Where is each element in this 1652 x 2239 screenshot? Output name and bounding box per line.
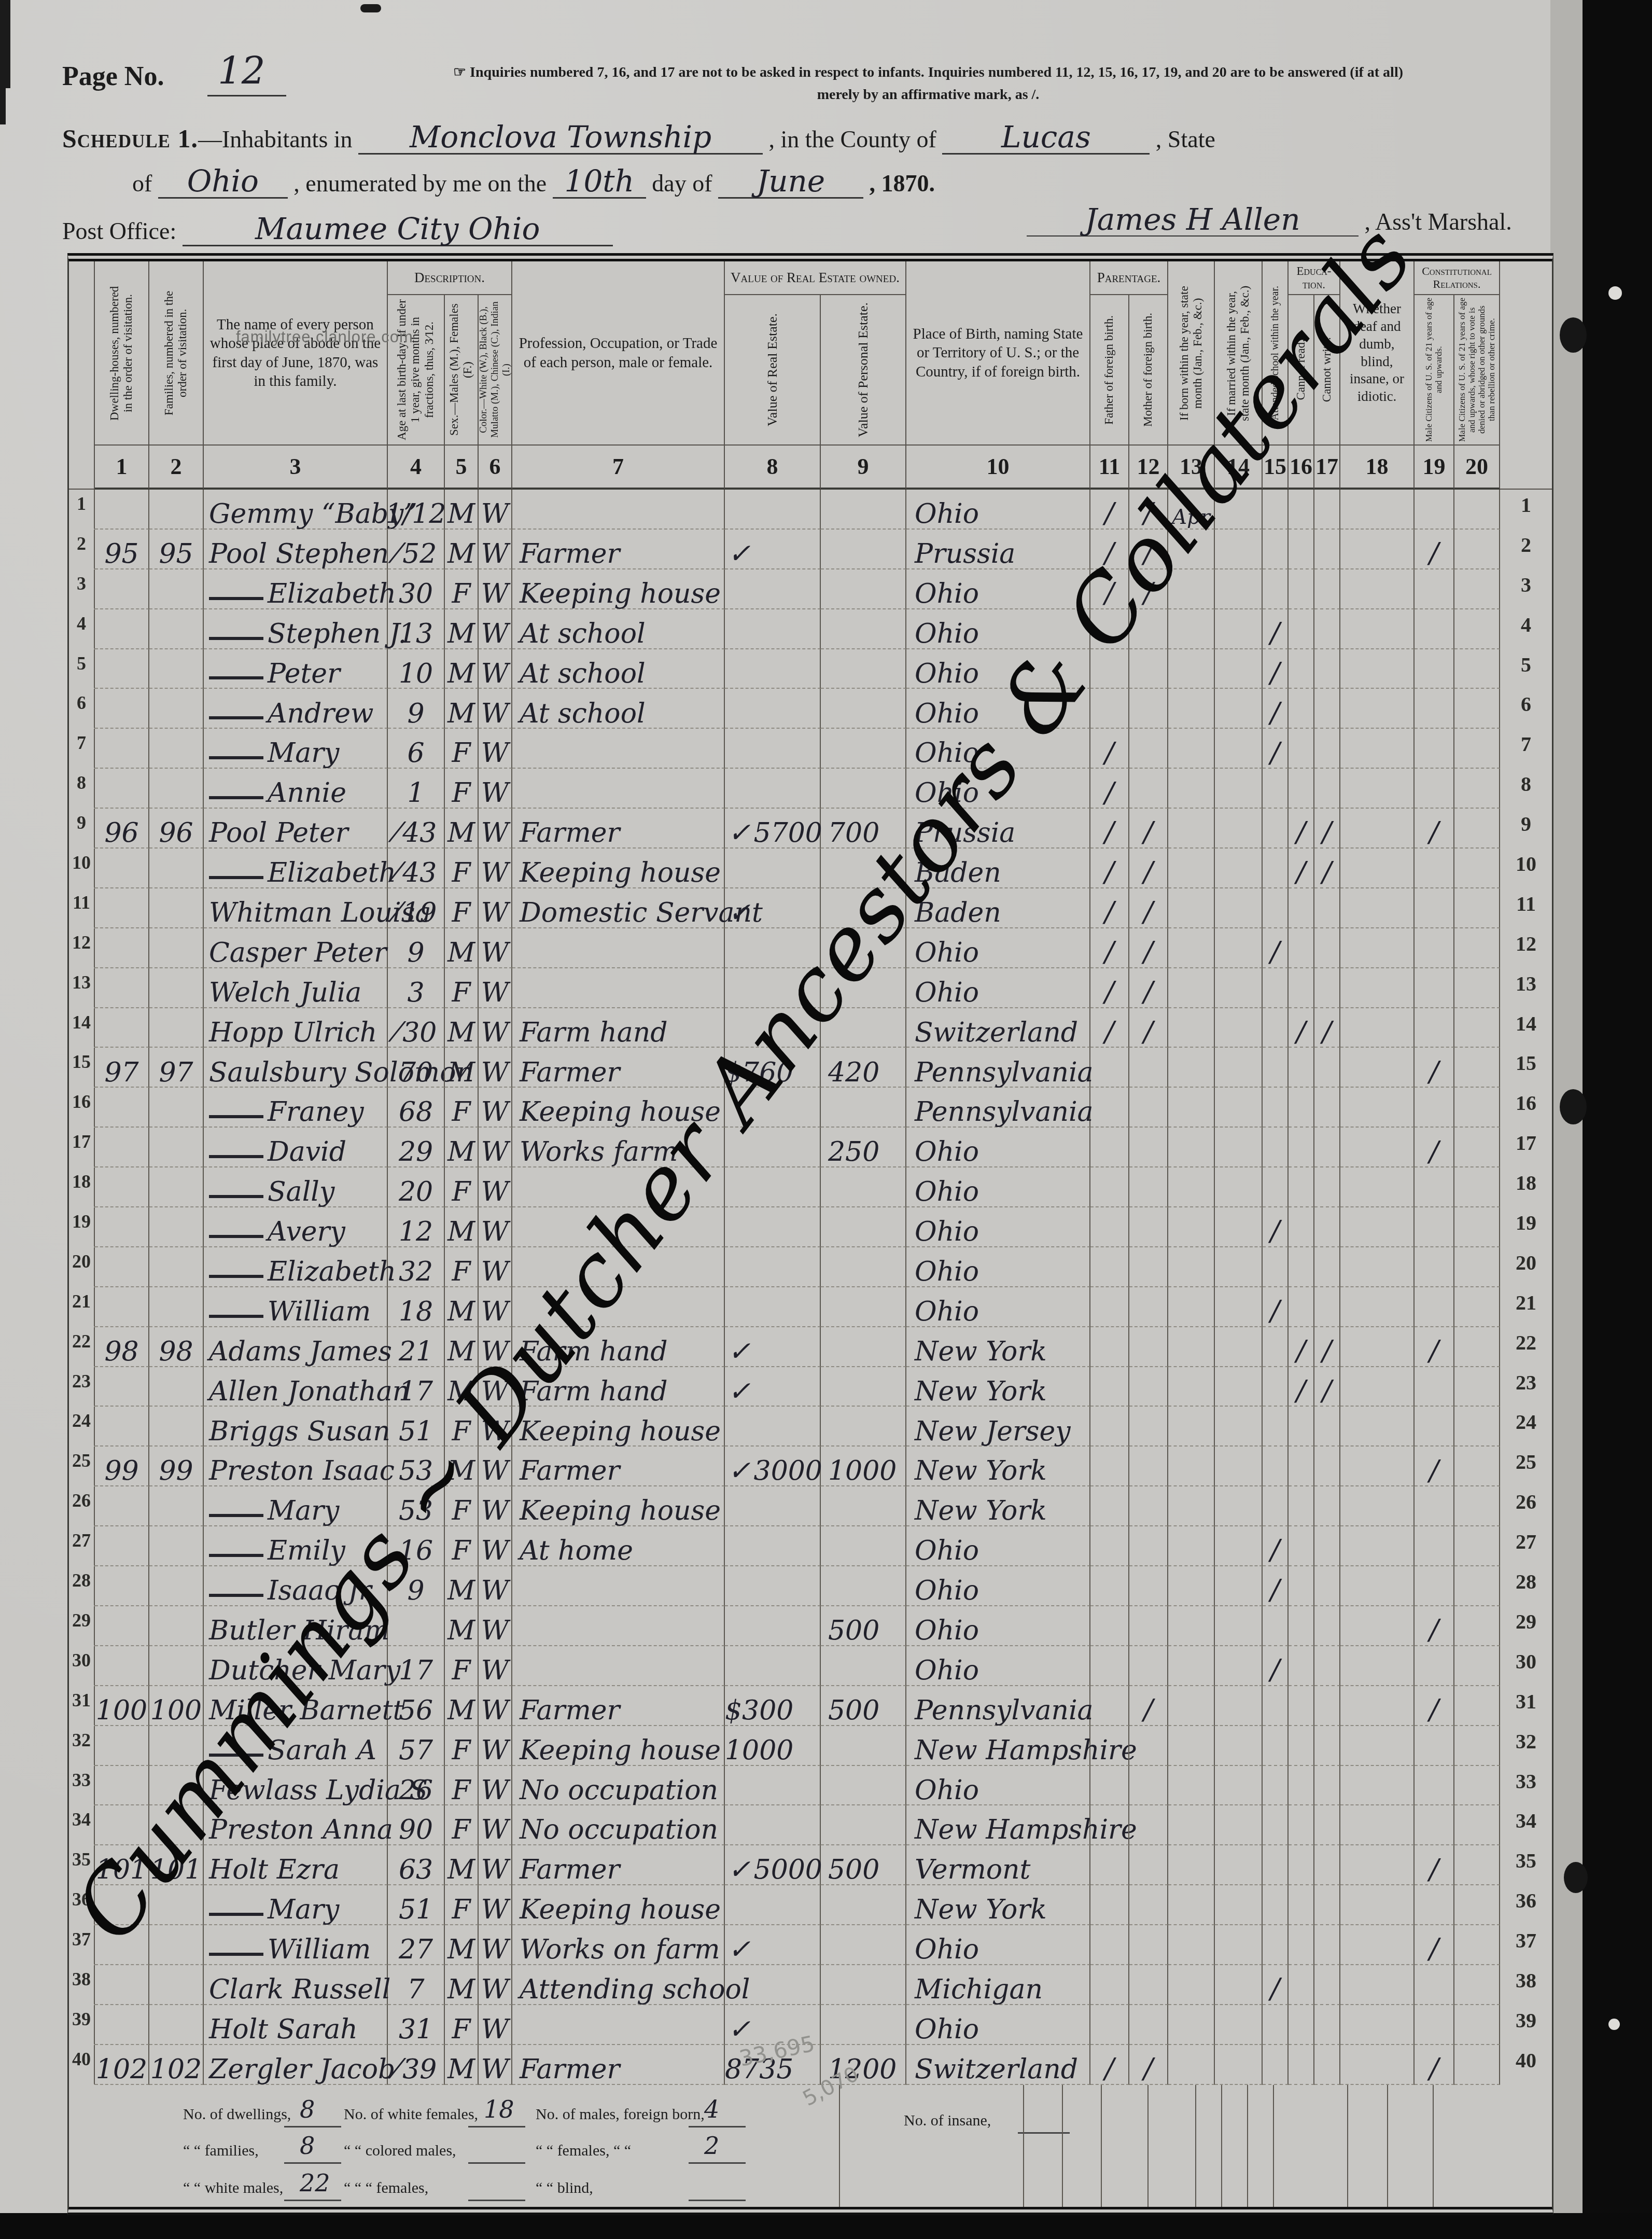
line-number-left-11: 11: [69, 888, 95, 928]
row-12-mark-15: /: [1263, 928, 1289, 968]
row-27-mark-12: [1129, 1526, 1168, 1566]
row-1-real-estate: [725, 490, 821, 530]
post-office-label: Post Office:: [62, 218, 176, 244]
row-17-mark-18: [1340, 1128, 1415, 1167]
row-20-personal-estate: [821, 1247, 906, 1287]
row-6-real-estate: [725, 689, 821, 729]
row-20-color: W: [479, 1247, 512, 1287]
row-36-personal-estate: [821, 1885, 906, 1925]
row-32-occupation: Keeping house: [512, 1726, 725, 1766]
row-13-mark-18: [1340, 968, 1415, 1008]
row-34-color: W: [479, 1805, 512, 1845]
row-29-mark-16: [1289, 1606, 1314, 1646]
row-40-mark-19: /: [1415, 2045, 1454, 2085]
row-33-mark-13: [1168, 1766, 1215, 1806]
row-40-mark-13: [1168, 2045, 1215, 2085]
row-1-age: 1/12: [388, 490, 445, 530]
row-21-mark-19: [1415, 1287, 1454, 1327]
row-6-mark-12: [1129, 689, 1168, 729]
row-16-color: W: [479, 1088, 512, 1128]
row-3-mark-16: [1289, 569, 1314, 609]
row-18-sex: F: [445, 1167, 479, 1207]
row-26-occupation: Keeping house: [512, 1486, 725, 1526]
row-16-personal-estate: [821, 1088, 906, 1128]
footer-value-0-0: 8: [300, 2095, 315, 2123]
row-29-mark-13: [1168, 1606, 1215, 1646]
row-24-mark-12: [1129, 1407, 1168, 1447]
footer-blank-line: [689, 2125, 746, 2127]
scan-speck: [0, 0, 10, 88]
row-15-color: W: [479, 1048, 512, 1088]
col-title-8: Value of Real Estate.: [765, 313, 780, 426]
col-number-17: 17: [1314, 446, 1340, 490]
row-13-mark-16: [1289, 968, 1314, 1008]
enumerated-label: , enumerated by me on the: [293, 170, 547, 197]
row-36-mark-20: [1454, 1885, 1500, 1925]
row-15-name: Saulsbury Solomon: [204, 1048, 388, 1088]
row-8-dwelling: [95, 769, 149, 809]
row-39-mark-15: [1263, 2005, 1289, 2045]
row-40-mark-17: [1314, 2045, 1340, 2085]
row-39-sex: F: [445, 2005, 479, 2045]
line-number-right-30: 30: [1500, 1646, 1552, 1686]
row-12-mark-19: [1415, 928, 1454, 968]
row-4-mark-13: [1168, 609, 1215, 649]
row-27-family: [149, 1526, 204, 1566]
row-38-family: [149, 1965, 204, 2005]
row-3-name: Elizabeth: [204, 569, 388, 609]
line-number-right-38: 38: [1500, 1965, 1552, 2005]
row-39-mark-11: [1090, 2005, 1129, 2045]
row-30-mark-16: [1289, 1646, 1314, 1686]
row-30-mark-11: [1090, 1646, 1129, 1686]
row-32-color: W: [479, 1726, 512, 1766]
row-16-name: Franey: [204, 1088, 388, 1128]
row-1-name: Gemmy “Baby”: [204, 490, 388, 530]
row-13-dwelling: [95, 968, 149, 1008]
line-number-right-19: 19: [1500, 1207, 1552, 1247]
line-number-right-20: 20: [1500, 1247, 1552, 1287]
row-30-mark-13: [1168, 1646, 1215, 1686]
row-37-personal-estate: [821, 1925, 906, 1965]
row-10-family: [149, 849, 204, 888]
row-11-occupation: Domestic Servant: [512, 888, 725, 928]
county-value: Lucas: [1001, 119, 1091, 155]
row-21-dwelling: [95, 1287, 149, 1327]
row-24-mark-11: [1090, 1407, 1129, 1447]
census-table: Dwelling-houses, numbered in the order o…: [67, 253, 1553, 2215]
row-12-occupation: [512, 928, 725, 968]
row-10-dwelling: [95, 849, 149, 888]
row-5-name: Peter: [204, 649, 388, 689]
row-3-mark-15: [1263, 569, 1289, 609]
row-3-sex: F: [445, 569, 479, 609]
row-9-mark-15: [1263, 809, 1289, 849]
footer-column-rule: [1273, 2085, 1274, 2207]
row-18-birthplace: Ohio: [906, 1167, 1090, 1207]
line-number-right-7: 7: [1500, 729, 1552, 769]
row-25-mark-17: [1314, 1447, 1340, 1486]
row-30-personal-estate: [821, 1646, 906, 1686]
row-29-color: W: [479, 1606, 512, 1646]
line-number-left-10: 10: [69, 849, 95, 888]
row-34-mark-20: [1454, 1805, 1500, 1845]
row-40-mark-14: [1215, 2045, 1263, 2085]
row-38-personal-estate: [821, 1965, 906, 2005]
footer-blank-line: [284, 2199, 341, 2201]
row-17-family: [149, 1128, 204, 1167]
row-39-mark-12: [1129, 2005, 1168, 2045]
col-number-2: 2: [149, 446, 204, 490]
row-32-sex: F: [445, 1726, 479, 1766]
row-20-mark-15: [1263, 1247, 1289, 1287]
row-16-mark-19: [1415, 1088, 1454, 1128]
row-27-mark-16: [1289, 1526, 1314, 1566]
col-header-dwellings: Dwelling-houses, numbered in the order o…: [95, 261, 149, 446]
row-7-mark-18: [1340, 729, 1415, 769]
row-9-mark-20: [1454, 809, 1500, 849]
ditto-dash: [209, 756, 263, 759]
line-number-left-21: 21: [69, 1287, 95, 1327]
row-17-mark-17: [1314, 1128, 1340, 1167]
row-2-sex: M: [445, 530, 479, 569]
state-tail: , State: [1156, 126, 1215, 152]
row-21-birthplace: Ohio: [906, 1287, 1090, 1327]
row-12-family: [149, 928, 204, 968]
row-34-mark-14: [1215, 1805, 1263, 1845]
row-33-mark-12: [1129, 1766, 1168, 1806]
row-26-mark-11: [1090, 1486, 1129, 1526]
row-27-mark-15: /: [1263, 1526, 1289, 1566]
row-3-dwelling: [95, 569, 149, 609]
row-39-mark-19: [1415, 2005, 1454, 2045]
row-31-mark-19: /: [1415, 1686, 1454, 1726]
row-29-occupation: [512, 1606, 725, 1646]
row-28-real-estate: [725, 1566, 821, 1606]
row-34-mark-15: [1263, 1805, 1289, 1845]
row-14-mark-19: [1415, 1008, 1454, 1048]
row-31-sex: M: [445, 1686, 479, 1726]
row-1-mark-20: [1454, 490, 1500, 530]
row-39-dwelling: [95, 2005, 149, 2045]
row-4-occupation: At school: [512, 609, 725, 649]
row-5-mark-20: [1454, 649, 1500, 689]
row-22-mark-20: [1454, 1327, 1500, 1367]
row-10-occupation: Keeping house: [512, 849, 725, 888]
row-14-sex: M: [445, 1008, 479, 1048]
row-9-mark-16: /: [1289, 809, 1314, 849]
row-19-age: 12: [388, 1207, 445, 1247]
row-23-personal-estate: [821, 1367, 906, 1407]
line-number-left-14: 14: [69, 1008, 95, 1048]
row-38-mark-19: [1415, 1965, 1454, 2005]
line-number-left-30: 30: [69, 1646, 95, 1686]
row-13-mark-13: [1168, 968, 1215, 1008]
row-14-mark-12: /: [1129, 1008, 1168, 1048]
row-32-age: 57: [388, 1726, 445, 1766]
row-25-mark-19: /: [1415, 1447, 1454, 1486]
row-4-name: Stephen J.: [204, 609, 388, 649]
row-6-color: W: [479, 689, 512, 729]
marshal-signature: James H Allen: [1085, 202, 1300, 237]
row-3-mark-19: [1415, 569, 1454, 609]
row-18-family: [149, 1167, 204, 1207]
row-26-mark-15: [1263, 1486, 1289, 1526]
row-36-mark-19: [1415, 1885, 1454, 1925]
row-8-real-estate: [725, 769, 821, 809]
row-22-mark-16: /: [1289, 1327, 1314, 1367]
row-28-mark-11: [1090, 1566, 1129, 1606]
row-31-mark-17: [1314, 1686, 1340, 1726]
row-28-mark-17: [1314, 1566, 1340, 1606]
row-26-real-estate: [725, 1486, 821, 1526]
row-20-mark-17: [1314, 1247, 1340, 1287]
row-25-mark-11: [1090, 1447, 1129, 1486]
line-number-right-23: 23: [1500, 1367, 1552, 1407]
col-number-10: 10: [906, 446, 1090, 490]
row-15-mark-17: [1314, 1048, 1340, 1088]
row-20-mark-18: [1340, 1247, 1415, 1287]
row-15-mark-18: [1340, 1048, 1415, 1088]
row-21-name: William: [204, 1287, 388, 1327]
row-35-occupation: Farmer: [512, 1845, 725, 1885]
line-number-right-29: 29: [1500, 1606, 1552, 1646]
row-12-birthplace: Ohio: [906, 928, 1090, 968]
year-label: , 1870.: [870, 170, 935, 197]
row-18-color: W: [479, 1167, 512, 1207]
row-18-name: Sally: [204, 1167, 388, 1207]
footer-label-0-1: No. of white females,: [344, 2106, 478, 2123]
row-4-mark-17: [1314, 609, 1340, 649]
row-10-mark-17: /: [1314, 849, 1340, 888]
row-10-mark-11: /: [1090, 849, 1129, 888]
row-4-color: W: [479, 609, 512, 649]
row-25-name: Preston Isaac: [204, 1447, 388, 1486]
group-value-owned: Value of Real Estate owned.: [725, 261, 906, 295]
row-29-mark-14: [1215, 1606, 1263, 1646]
row-24-personal-estate: [821, 1407, 906, 1447]
row-14-mark-13: [1168, 1008, 1215, 1048]
row-20-sex: F: [445, 1247, 479, 1287]
row-13-occupation: [512, 968, 725, 1008]
row-40-occupation: Farmer: [512, 2045, 725, 2085]
row-6-mark-20: [1454, 689, 1500, 729]
row-1-mark-17: [1314, 490, 1340, 530]
row-12-mark-12: /: [1129, 928, 1168, 968]
row-16-dwelling: [95, 1088, 149, 1128]
group-parentage: Parentage.: [1090, 261, 1168, 295]
line-number-left-25: 25: [69, 1447, 95, 1486]
line-number-left-17: 17: [69, 1128, 95, 1167]
row-10-mark-18: [1340, 849, 1415, 888]
row-38-dwelling: [95, 1965, 149, 2005]
row-14-mark-16: /: [1289, 1008, 1314, 1048]
row-2-mark-15: [1263, 530, 1289, 569]
row-34-mark-13: [1168, 1805, 1215, 1845]
row-23-mark-13: [1168, 1367, 1215, 1407]
col-header-families: Families, numbered in the order of visit…: [149, 261, 204, 446]
row-40-birthplace: Switzerland: [906, 2045, 1090, 2085]
row-11-mark-18: [1340, 888, 1415, 928]
row-29-birthplace: Ohio: [906, 1606, 1090, 1646]
row-19-color: W: [479, 1207, 512, 1247]
row-21-personal-estate: [821, 1287, 906, 1327]
line-number-right-34: 34: [1500, 1805, 1552, 1845]
row-27-mark-13: [1168, 1526, 1215, 1566]
row-32-personal-estate: [821, 1726, 906, 1766]
row-4-sex: M: [445, 609, 479, 649]
col-title-10: Place of Birth, naming State or Territor…: [906, 323, 1089, 383]
row-32-mark-12: [1129, 1726, 1168, 1766]
row-7-mark-17: [1314, 729, 1340, 769]
row-36-mark-12: [1129, 1885, 1168, 1925]
row-17-mark-19: /: [1415, 1128, 1454, 1167]
row-17-name: David: [204, 1128, 388, 1167]
row-6-mark-15: /: [1263, 689, 1289, 729]
row-25-mark-16: [1289, 1447, 1314, 1486]
row-24-mark-18: [1340, 1407, 1415, 1447]
group-parentage-label: Parentage.: [1096, 269, 1162, 287]
row-38-birthplace: Michigan: [906, 1965, 1090, 2005]
col-title-9: Value of Personal Estate.: [856, 302, 871, 437]
col-header-name: The name of every person whose place of …: [204, 261, 388, 446]
row-18-mark-15: [1263, 1167, 1289, 1207]
row-31-mark-16: [1289, 1686, 1314, 1726]
row-11-mark-13: [1168, 888, 1215, 928]
row-5-mark-15: /: [1263, 649, 1289, 689]
row-25-dwelling: 99: [95, 1447, 149, 1486]
row-29-mark-20: [1454, 1606, 1500, 1646]
row-28-mark-14: [1215, 1566, 1263, 1606]
scan-black-border: [1583, 0, 1652, 2239]
row-37-mark-13: [1168, 1925, 1215, 1965]
row-18-age: 20: [388, 1167, 445, 1207]
row-20-birthplace: Ohio: [906, 1247, 1090, 1287]
row-12-mark-11: /: [1090, 928, 1129, 968]
group-description-label: Description.: [413, 269, 486, 287]
footer-blank-line: [468, 2199, 525, 2201]
row-17-age: 29: [388, 1128, 445, 1167]
row-21-mark-11: [1090, 1287, 1129, 1327]
row-14-mark-18: [1340, 1008, 1415, 1048]
page-no-label: Page No.: [62, 61, 164, 92]
line-number-right-14: 14: [1500, 1008, 1552, 1048]
row-12-mark-17: [1314, 928, 1340, 968]
row-5-mark-17: [1314, 649, 1340, 689]
col-number-9: 9: [821, 446, 906, 490]
row-17-mark-12: [1129, 1128, 1168, 1167]
row-5-family: [149, 649, 204, 689]
ditto-dash: [209, 1514, 263, 1517]
row-31-mark-11: [1090, 1686, 1129, 1726]
row-31-real-estate: $300: [725, 1686, 821, 1726]
row-22-mark-11: [1090, 1327, 1129, 1367]
row-36-birthplace: New York: [906, 1885, 1090, 1925]
row-39-personal-estate: [821, 2005, 906, 2045]
row-16-mark-13: [1168, 1088, 1215, 1128]
row-15-mark-19: /: [1415, 1048, 1454, 1088]
row-11-name: Whitman Louisa: [204, 888, 388, 928]
row-40-mark-15: [1263, 2045, 1289, 2085]
row-9-mark-19: /: [1415, 809, 1454, 849]
row-35-mark-15: [1263, 1845, 1289, 1885]
row-2-mark-16: [1289, 530, 1314, 569]
row-16-sex: F: [445, 1088, 479, 1128]
col-title-5: Sex.—Males (M.), Females (F.): [447, 297, 475, 442]
row-40-color: W: [479, 2045, 512, 2085]
row-16-mark-15: [1263, 1088, 1289, 1128]
row-7-family: [149, 729, 204, 769]
row-38-age: 7: [388, 1965, 445, 2005]
ditto-dash: [209, 597, 263, 600]
row-11-mark-17: [1314, 888, 1340, 928]
row-29-dwelling: [95, 1606, 149, 1646]
row-16-family: [149, 1088, 204, 1128]
row-11-mark-19: [1415, 888, 1454, 928]
row-6-mark-18: [1340, 689, 1415, 729]
line-number-right-21: 21: [1500, 1287, 1552, 1327]
line-number-left-13: 13: [69, 968, 95, 1008]
line-number-right-36: 36: [1500, 1885, 1552, 1925]
row-14-mark-20: [1454, 1008, 1500, 1048]
day-value: 10th: [565, 163, 634, 199]
row-40-age: ⁄39: [388, 2045, 445, 2085]
ditto-dash: [209, 1235, 263, 1238]
row-27-personal-estate: [821, 1526, 906, 1566]
footer-label-insane: No. of insane,: [904, 2112, 991, 2130]
row-7-personal-estate: [821, 729, 906, 769]
row-9-occupation: Farmer: [512, 809, 725, 849]
row-32-mark-18: [1340, 1726, 1415, 1766]
row-23-mark-12: [1129, 1367, 1168, 1407]
row-20-mark-11: [1090, 1247, 1129, 1287]
row-28-mark-15: /: [1263, 1566, 1289, 1606]
row-5-mark-14: [1215, 649, 1263, 689]
row-38-sex: M: [445, 1965, 479, 2005]
row-23-real-estate: ✓: [725, 1367, 821, 1407]
row-27-mark-18: [1340, 1526, 1415, 1566]
row-35-real-estate: ✓5000: [725, 1845, 821, 1885]
row-25-mark-14: [1215, 1447, 1263, 1486]
row-12-name: Casper Peter: [204, 928, 388, 968]
col-title-6: Color.—White (W.), Black (B.), Mulatto (…: [479, 297, 512, 442]
line-number-left-38: 38: [69, 1965, 95, 2005]
footer-blank-line: [284, 2162, 341, 2164]
row-9-mark-14: [1215, 809, 1263, 849]
row-22-mark-14: [1215, 1327, 1263, 1367]
row-40-mark-12: /: [1129, 2045, 1168, 2085]
row-4-personal-estate: [821, 609, 906, 649]
row-22-mark-19: /: [1415, 1327, 1454, 1367]
row-17-birthplace: Ohio: [906, 1128, 1090, 1167]
row-6-mark-19: [1415, 689, 1454, 729]
row-8-occupation: [512, 769, 725, 809]
row-19-sex: M: [445, 1207, 479, 1247]
row-27-mark-17: [1314, 1526, 1340, 1566]
line-number-right-39: 39: [1500, 2005, 1552, 2045]
row-34-personal-estate: [821, 1805, 906, 1845]
row-22-mark-15: [1263, 1327, 1289, 1367]
footer-column-rule: [1247, 2085, 1248, 2207]
col-title-2: Families, numbered in the order of visit…: [162, 281, 190, 426]
row-6-mark-16: [1289, 689, 1314, 729]
line-number-left-16: 16: [69, 1088, 95, 1128]
row-8-age: 1: [388, 769, 445, 809]
row-7-real-estate: [725, 729, 821, 769]
row-13-mark-15: [1263, 968, 1289, 1008]
row-19-personal-estate: [821, 1207, 906, 1247]
row-19-name: Avery: [204, 1207, 388, 1247]
